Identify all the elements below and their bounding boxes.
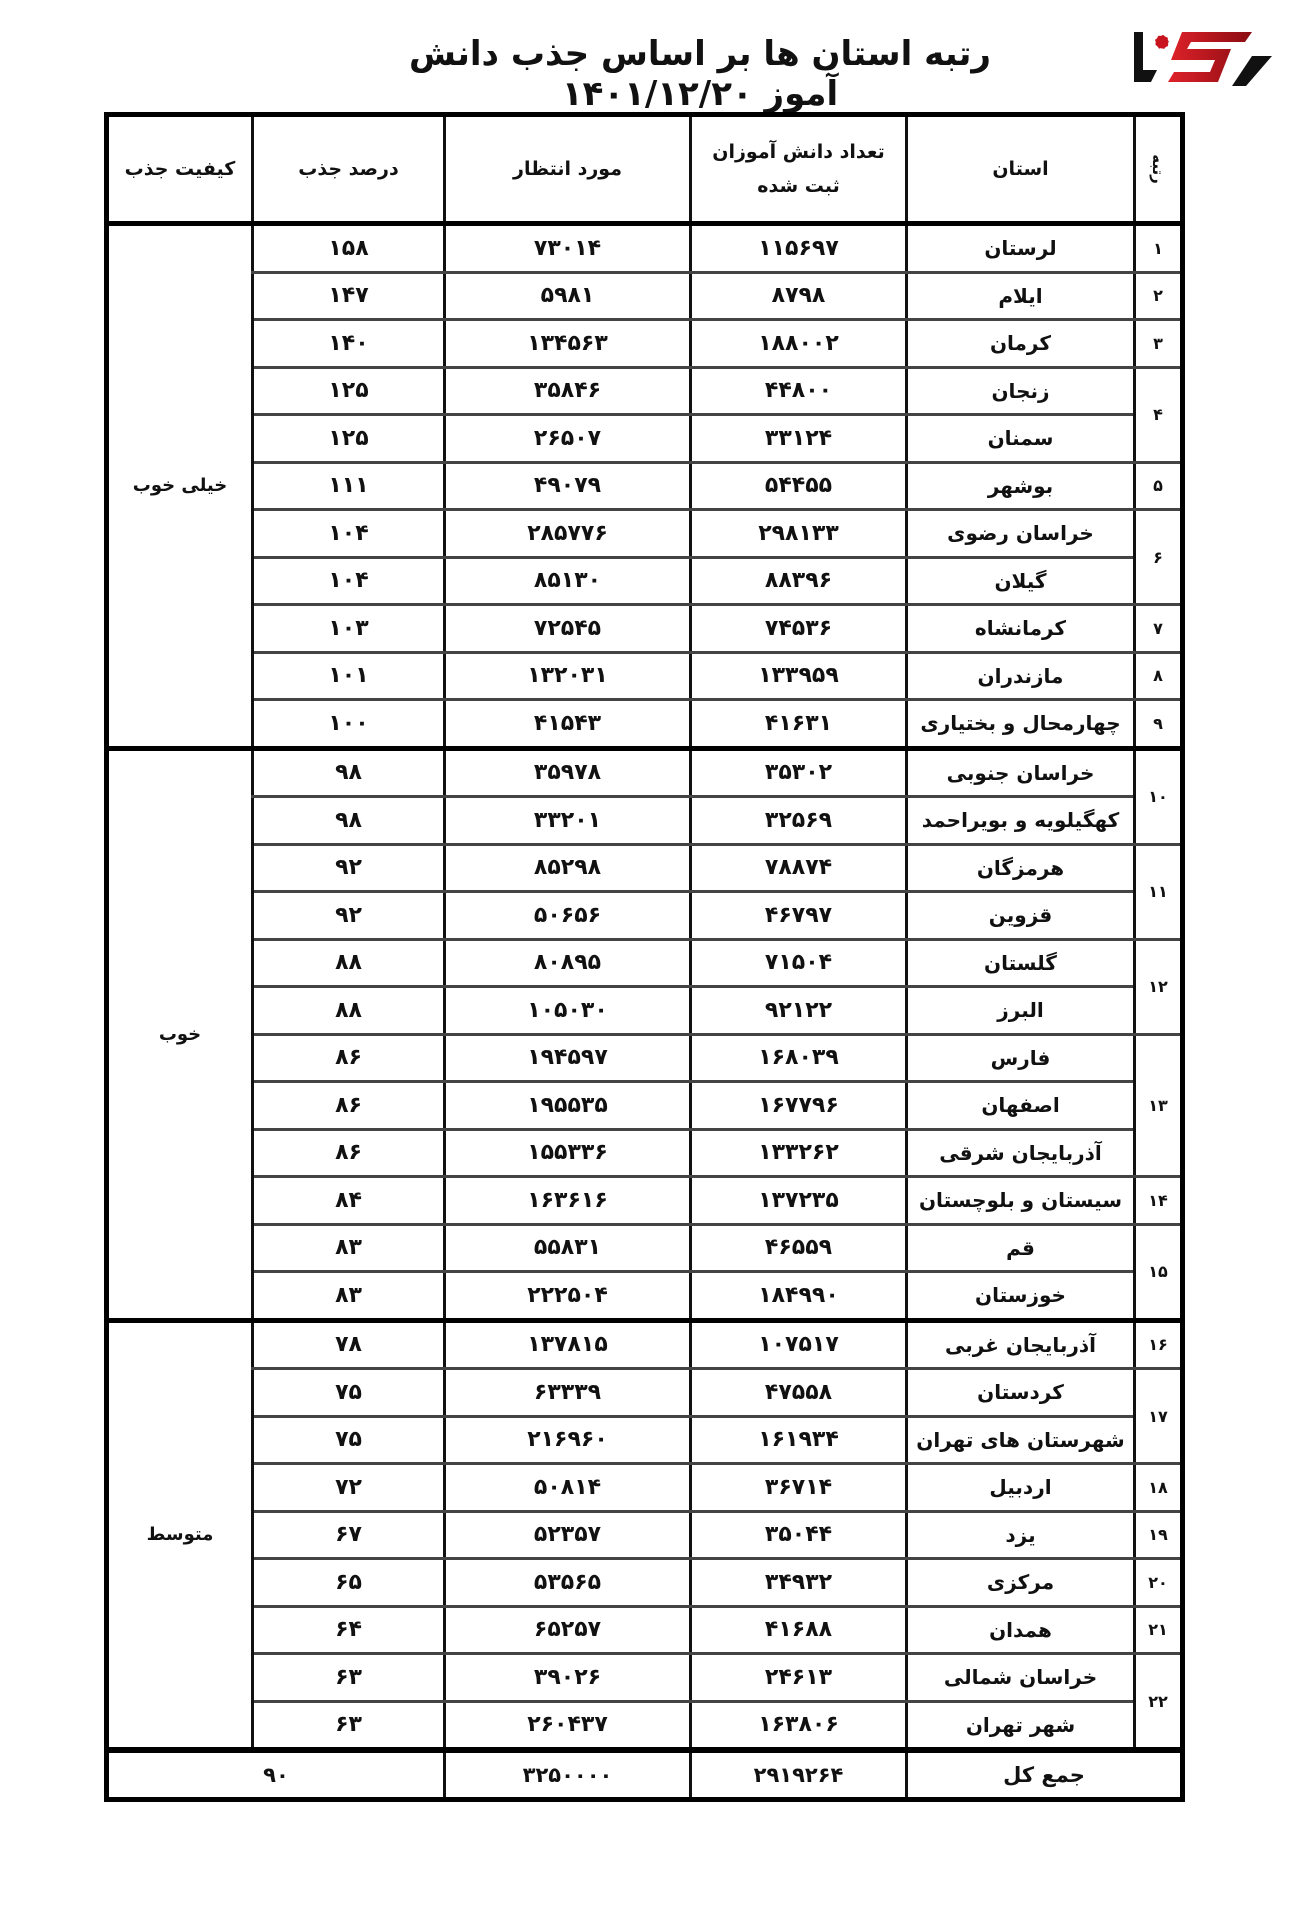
registered-cell: ۳۳۱۲۴ [691, 415, 907, 463]
expected-cell: ۲۶۵۰۷ [445, 415, 691, 463]
registered-cell: ۳۵۳۰۲ [691, 748, 907, 797]
percent-cell: ۱۲۵ [253, 415, 445, 463]
rank-cell: ۴ [1135, 367, 1183, 462]
rank-cell: ۲۲ [1135, 1654, 1183, 1751]
registered-cell: ۱۳۳۹۵۹ [691, 652, 907, 700]
province-cell: کرمان [907, 320, 1135, 368]
registered-cell: ۷۱۵۰۴ [691, 939, 907, 987]
province-cell: گلستان [907, 939, 1135, 987]
percent-cell: ۶۵ [253, 1559, 445, 1607]
registered-cell: ۹۲۱۲۲ [691, 987, 907, 1035]
province-cell: مازندران [907, 652, 1135, 700]
table-row: ۱لرستان۱۱۵۶۹۷۷۳۰۱۴۱۵۸خیلی خوب [107, 224, 1183, 273]
registered-cell: ۷۴۵۳۶ [691, 605, 907, 653]
registered-cell: ۳۵۰۴۴ [691, 1511, 907, 1559]
total-label: جمع کل [907, 1750, 1183, 1800]
registered-cell: ۱۶۱۹۳۴ [691, 1416, 907, 1464]
expected-cell: ۸۵۲۹۸ [445, 844, 691, 892]
registered-cell: ۴۱۶۸۸ [691, 1606, 907, 1654]
province-cell: سمنان [907, 415, 1135, 463]
rank-cell: ۶ [1135, 510, 1183, 605]
expected-cell: ۸۵۱۳۰ [445, 557, 691, 605]
quality-group-cell: خیلی خوب [107, 224, 253, 749]
percent-cell: ۷۵ [253, 1416, 445, 1464]
expected-cell: ۵۲۳۵۷ [445, 1511, 691, 1559]
rank-cell: ۱۱ [1135, 844, 1183, 939]
province-cell: اصفهان [907, 1082, 1135, 1130]
expected-cell: ۱۳۴۵۶۳ [445, 320, 691, 368]
rank-cell: ۳ [1135, 320, 1183, 368]
registered-cell: ۱۸۸۰۰۲ [691, 320, 907, 368]
province-cell: کردستان [907, 1369, 1135, 1417]
total-expected: ۳۲۵۰۰۰۰ [445, 1750, 691, 1800]
expected-cell: ۵۳۵۶۵ [445, 1559, 691, 1607]
table-row: ۱۸اردبیل۳۶۷۱۴۵۰۸۱۴۷۲ [107, 1464, 1183, 1512]
percent-cell: ۹۲ [253, 892, 445, 940]
registered-cell: ۲۴۶۱۳ [691, 1654, 907, 1702]
registered-cell: ۴۶۵۵۹ [691, 1224, 907, 1272]
expected-cell: ۷۲۵۴۵ [445, 605, 691, 653]
registered-cell: ۱۳۷۲۳۵ [691, 1177, 907, 1225]
table-row: ۱۷کردستان۴۷۵۵۸۶۳۳۳۹۷۵ [107, 1369, 1183, 1417]
column-header-province: استان [907, 115, 1135, 224]
expected-cell: ۲۲۲۵۰۴ [445, 1272, 691, 1321]
registered-cell: ۷۸۸۷۴ [691, 844, 907, 892]
rank-cell: ۱۰ [1135, 748, 1183, 844]
registered-cell: ۴۴۸۰۰ [691, 367, 907, 415]
percent-cell: ۹۲ [253, 844, 445, 892]
rank-cell: ۷ [1135, 605, 1183, 653]
expected-cell: ۳۵۸۴۶ [445, 367, 691, 415]
province-cell: لرستان [907, 224, 1135, 273]
table-row: گیلان۸۸۳۹۶۸۵۱۳۰۱۰۴ [107, 557, 1183, 605]
province-cell: ایلام [907, 272, 1135, 320]
table-row: البرز۹۲۱۲۲۱۰۵۰۳۰۸۸ [107, 987, 1183, 1035]
column-header-percent: درصد جذب [253, 115, 445, 224]
rokna-logo-icon [1128, 26, 1278, 88]
table-row: ۱۱هرمزگان۷۸۸۷۴۸۵۲۹۸۹۲ [107, 844, 1183, 892]
percent-cell: ۸۳ [253, 1272, 445, 1321]
table-row: ۲۲خراسان شمالی۲۴۶۱۳۳۹۰۲۶۶۳ [107, 1654, 1183, 1702]
province-cell: آذربایجان شرقی [907, 1129, 1135, 1177]
percent-cell: ۸۳ [253, 1224, 445, 1272]
table-row: ۱۰خراسان جنوبی۳۵۳۰۲۳۵۹۷۸۹۸خوب [107, 748, 1183, 797]
expected-cell: ۸۰۸۹۵ [445, 939, 691, 987]
registered-cell: ۱۶۸۰۳۹ [691, 1034, 907, 1082]
expected-cell: ۱۹۵۵۳۵ [445, 1082, 691, 1130]
expected-cell: ۳۹۰۲۶ [445, 1654, 691, 1702]
rank-cell: ۱۹ [1135, 1511, 1183, 1559]
rank-cell: ۱ [1135, 224, 1183, 273]
percent-cell: ۸۶ [253, 1034, 445, 1082]
percent-cell: ۱۰۳ [253, 605, 445, 653]
province-cell: قزوین [907, 892, 1135, 940]
percent-cell: ۱۰۴ [253, 510, 445, 558]
table-row: ۱۹یزد۳۵۰۴۴۵۲۳۵۷۶۷ [107, 1511, 1183, 1559]
province-cell: هرمزگان [907, 844, 1135, 892]
percent-cell: ۸۴ [253, 1177, 445, 1225]
rank-cell: ۱۳ [1135, 1034, 1183, 1177]
province-cell: چهارمحال و بختیاری [907, 700, 1135, 749]
quality-group-cell: خوب [107, 748, 253, 1320]
column-header-registered: تعداد دانش آموزان ثبت شده [691, 115, 907, 224]
province-cell: کرمانشاه [907, 605, 1135, 653]
table-row: سمنان۳۳۱۲۴۲۶۵۰۷۱۲۵ [107, 415, 1183, 463]
registered-cell: ۳۲۵۶۹ [691, 797, 907, 845]
registered-cell: ۵۴۴۵۵ [691, 462, 907, 510]
registered-cell: ۸۸۳۹۶ [691, 557, 907, 605]
expected-cell: ۳۵۹۷۸ [445, 748, 691, 797]
table-row: قزوین۴۶۷۹۷۵۰۶۵۶۹۲ [107, 892, 1183, 940]
registered-cell: ۴۷۵۵۸ [691, 1369, 907, 1417]
rank-cell: ۱۶ [1135, 1320, 1183, 1369]
expected-cell: ۲۸۵۷۷۶ [445, 510, 691, 558]
province-ranking-table: رتبه استان تعداد دانش آموزان ثبت شده مور… [104, 112, 1185, 1802]
rank-cell: ۹ [1135, 700, 1183, 749]
expected-cell: ۲۶۰۴۳۷ [445, 1701, 691, 1750]
table-row: کهگیلویه و بویراحمد۳۲۵۶۹۳۳۲۰۱۹۸ [107, 797, 1183, 845]
rank-cell: ۱۷ [1135, 1369, 1183, 1464]
percent-cell: ۱۵۸ [253, 224, 445, 273]
percent-cell: ۱۰۱ [253, 652, 445, 700]
province-cell: آذربایجان غربی [907, 1320, 1135, 1369]
table-row: ۲ایلام۸۷۹۸۵۹۸۱۱۴۷ [107, 272, 1183, 320]
expected-cell: ۵۵۸۳۱ [445, 1224, 691, 1272]
quality-group-cell: متوسط [107, 1320, 253, 1750]
table-header-row: رتبه استان تعداد دانش آموزان ثبت شده مور… [107, 115, 1183, 224]
percent-cell: ۹۸ [253, 748, 445, 797]
table-row: ۶خراسان رضوی۲۹۸۱۳۳۲۸۵۷۷۶۱۰۴ [107, 510, 1183, 558]
table-row: شهرستان های تهران۱۶۱۹۳۴۲۱۶۹۶۰۷۵ [107, 1416, 1183, 1464]
percent-cell: ۷۲ [253, 1464, 445, 1512]
registered-cell: ۴۱۶۳۱ [691, 700, 907, 749]
percent-cell: ۸۶ [253, 1082, 445, 1130]
percent-cell: ۸۸ [253, 987, 445, 1035]
table-row: شهر تهران۱۶۳۸۰۶۲۶۰۴۳۷۶۳ [107, 1701, 1183, 1750]
province-cell: زنجان [907, 367, 1135, 415]
table-row: ۵بوشهر۵۴۴۵۵۴۹۰۷۹۱۱۱ [107, 462, 1183, 510]
rank-cell: ۵ [1135, 462, 1183, 510]
province-cell: یزد [907, 1511, 1135, 1559]
total-registered: ۲۹۱۹۲۶۴ [691, 1750, 907, 1800]
province-cell: شهرستان های تهران [907, 1416, 1135, 1464]
registered-cell: ۱۶۳۸۰۶ [691, 1701, 907, 1750]
table-row: خوزستان۱۸۴۹۹۰۲۲۲۵۰۴۸۳ [107, 1272, 1183, 1321]
table-row: ۸مازندران۱۳۳۹۵۹۱۳۲۰۳۱۱۰۱ [107, 652, 1183, 700]
province-cell: خراسان شمالی [907, 1654, 1135, 1702]
registered-cell: ۱۸۴۹۹۰ [691, 1272, 907, 1321]
expected-cell: ۷۳۰۱۴ [445, 224, 691, 273]
table-row: ۱۴سیستان و بلوچستان۱۳۷۲۳۵۱۶۳۶۱۶۸۴ [107, 1177, 1183, 1225]
percent-cell: ۶۳ [253, 1654, 445, 1702]
table-row: ۱۲گلستان۷۱۵۰۴۸۰۸۹۵۸۸ [107, 939, 1183, 987]
expected-cell: ۵۰۶۵۶ [445, 892, 691, 940]
registered-cell: ۱۶۷۷۹۶ [691, 1082, 907, 1130]
expected-cell: ۶۳۳۳۹ [445, 1369, 691, 1417]
percent-cell: ۶۳ [253, 1701, 445, 1750]
percent-cell: ۸۶ [253, 1129, 445, 1177]
percent-cell: ۱۴۰ [253, 320, 445, 368]
expected-cell: ۱۶۳۶۱۶ [445, 1177, 691, 1225]
province-cell: شهر تهران [907, 1701, 1135, 1750]
registered-cell: ۸۷۹۸ [691, 272, 907, 320]
percent-cell: ۷۵ [253, 1369, 445, 1417]
rank-cell: ۱۴ [1135, 1177, 1183, 1225]
expected-cell: ۴۹۰۷۹ [445, 462, 691, 510]
province-cell: فارس [907, 1034, 1135, 1082]
rank-cell: ۲۰ [1135, 1559, 1183, 1607]
registered-cell: ۱۳۳۲۶۲ [691, 1129, 907, 1177]
percent-cell: ۱۴۷ [253, 272, 445, 320]
province-cell: قم [907, 1224, 1135, 1272]
expected-cell: ۵۹۸۱ [445, 272, 691, 320]
percent-cell: ۸۸ [253, 939, 445, 987]
expected-cell: ۲۱۶۹۶۰ [445, 1416, 691, 1464]
province-cell: اردبیل [907, 1464, 1135, 1512]
percent-cell: ۱۰۴ [253, 557, 445, 605]
percent-cell: ۶۴ [253, 1606, 445, 1654]
rank-cell: ۲ [1135, 272, 1183, 320]
table-row: ۱۵قم۴۶۵۵۹۵۵۸۳۱۸۳ [107, 1224, 1183, 1272]
province-cell: گیلان [907, 557, 1135, 605]
column-header-expected: مورد انتظار [445, 115, 691, 224]
column-header-rank: رتبه [1135, 115, 1183, 224]
expected-cell: ۵۰۸۱۴ [445, 1464, 691, 1512]
province-cell: بوشهر [907, 462, 1135, 510]
rank-cell: ۱۸ [1135, 1464, 1183, 1512]
expected-cell: ۱۵۵۳۳۶ [445, 1129, 691, 1177]
expected-cell: ۱۰۵۰۳۰ [445, 987, 691, 1035]
province-cell: همدان [907, 1606, 1135, 1654]
table-row: ۹چهارمحال و بختیاری۴۱۶۳۱۴۱۵۴۳۱۰۰ [107, 700, 1183, 749]
table-row: ۱۶آذربایجان غربی۱۰۷۵۱۷۱۳۷۸۱۵۷۸متوسط [107, 1320, 1183, 1369]
rank-cell: ۲۱ [1135, 1606, 1183, 1654]
registered-cell: ۴۶۷۹۷ [691, 892, 907, 940]
rank-cell: ۱۵ [1135, 1224, 1183, 1320]
registered-cell: ۲۹۸۱۳۳ [691, 510, 907, 558]
table-row: ۲۰مرکزی۳۴۹۳۲۵۳۵۶۵۶۵ [107, 1559, 1183, 1607]
percent-cell: ۹۸ [253, 797, 445, 845]
province-cell: سیستان و بلوچستان [907, 1177, 1135, 1225]
registered-cell: ۱۰۷۵۱۷ [691, 1320, 907, 1369]
table-row: ۴زنجان۴۴۸۰۰۳۵۸۴۶۱۲۵ [107, 367, 1183, 415]
page-title: رتبه استان ها بر اساس جذب دانش آموز ۱۴۰۱… [380, 34, 1020, 114]
expected-cell: ۱۳۲۰۳۱ [445, 652, 691, 700]
rank-cell: ۸ [1135, 652, 1183, 700]
percent-cell: ۱۱۱ [253, 462, 445, 510]
column-header-quality: کیفیت جذب [107, 115, 253, 224]
registered-cell: ۱۱۵۶۹۷ [691, 224, 907, 273]
table-row: اصفهان۱۶۷۷۹۶۱۹۵۵۳۵۸۶ [107, 1082, 1183, 1130]
total-row: جمع کل۲۹۱۹۲۶۴۳۲۵۰۰۰۰۹۰ [107, 1750, 1183, 1800]
percent-cell: ۱۰۰ [253, 700, 445, 749]
expected-cell: ۱۳۷۸۱۵ [445, 1320, 691, 1369]
expected-cell: ۳۳۲۰۱ [445, 797, 691, 845]
rank-cell: ۱۲ [1135, 939, 1183, 1034]
province-cell: خراسان رضوی [907, 510, 1135, 558]
table-row: آذربایجان شرقی۱۳۳۲۶۲۱۵۵۳۳۶۸۶ [107, 1129, 1183, 1177]
registered-cell: ۳۴۹۳۲ [691, 1559, 907, 1607]
table-row: ۳کرمان۱۸۸۰۰۲۱۳۴۵۶۳۱۴۰ [107, 320, 1183, 368]
expected-cell: ۱۹۴۵۹۷ [445, 1034, 691, 1082]
percent-cell: ۱۲۵ [253, 367, 445, 415]
province-cell: خراسان جنوبی [907, 748, 1135, 797]
table-row: ۲۱همدان۴۱۶۸۸۶۵۲۵۷۶۴ [107, 1606, 1183, 1654]
expected-cell: ۶۵۲۵۷ [445, 1606, 691, 1654]
total-percent: ۹۰ [107, 1750, 445, 1800]
table-row: ۱۳فارس۱۶۸۰۳۹۱۹۴۵۹۷۸۶ [107, 1034, 1183, 1082]
province-cell: کهگیلویه و بویراحمد [907, 797, 1135, 845]
province-cell: خوزستان [907, 1272, 1135, 1321]
percent-cell: ۷۸ [253, 1320, 445, 1369]
expected-cell: ۴۱۵۴۳ [445, 700, 691, 749]
registered-cell: ۳۶۷۱۴ [691, 1464, 907, 1512]
table-row: ۷کرمانشاه۷۴۵۳۶۷۲۵۴۵۱۰۳ [107, 605, 1183, 653]
percent-cell: ۶۷ [253, 1511, 445, 1559]
province-cell: البرز [907, 987, 1135, 1035]
province-cell: مرکزی [907, 1559, 1135, 1607]
